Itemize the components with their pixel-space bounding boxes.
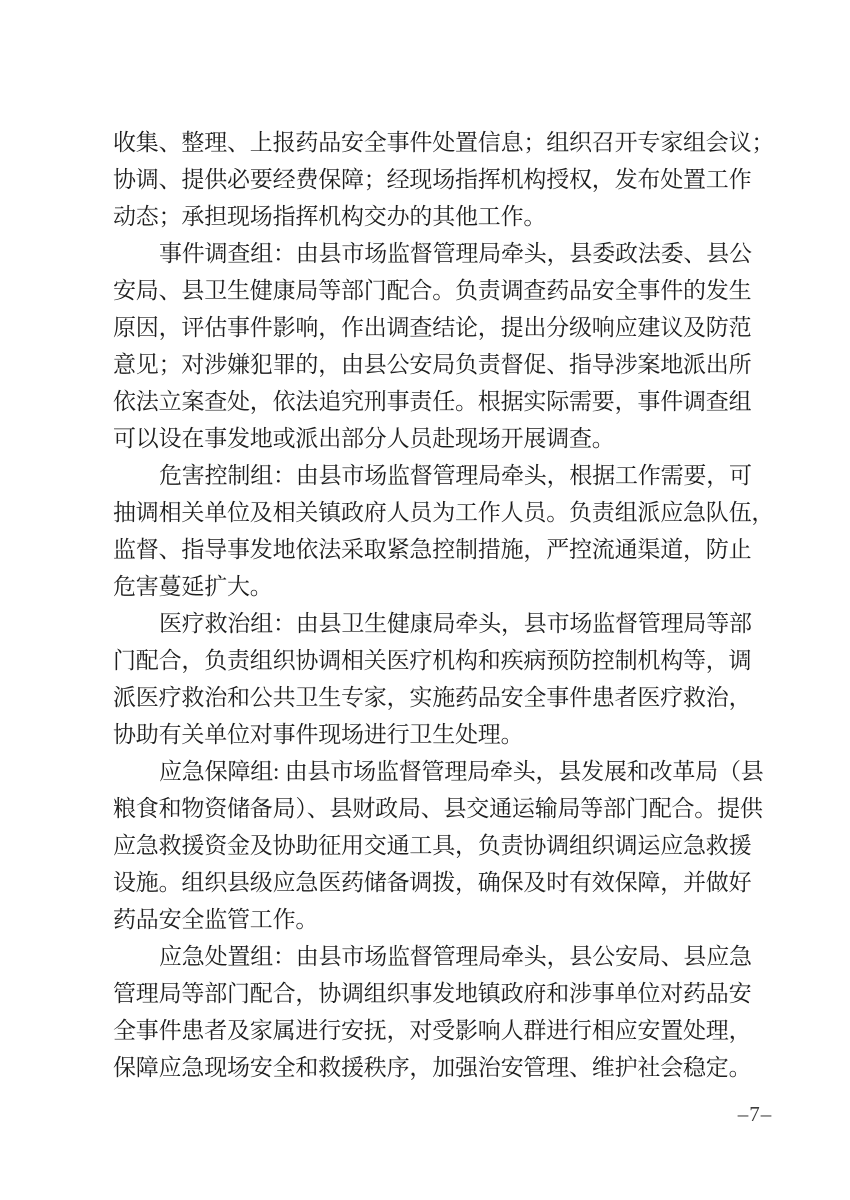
document-line: 应急处置组：由县市场监督管理局牵头，县公安局、县应急 [113,938,765,975]
document-line: 监督、指导事发地依法采取紧急控制措施，严控流通渠道，防止 [113,531,765,568]
document-line: 依法立案查处，依法追究刑事责任。根据实际需要，事件调查组 [113,383,765,420]
document-line: 应急救援资金及协助征用交通工具，负责协调组织调运应急救援 [113,827,765,864]
document-line: 危害蔓延扩大。 [113,568,765,605]
document-line: 安局、县卫生健康局等部门配合。负责调查药品安全事件的发生 [113,272,765,309]
document-line: 门配合，负责组织协调相关医疗机构和疾病预防控制机构等，调 [113,642,765,679]
document-line: 管理局等部门配合，协调组织事发地镇政府和涉事单位对药品安 [113,975,765,1012]
document-page: 收集、整理、上报药品安全事件处置信息；组织召开专家组会议；协调、提供必要经费保障… [0,0,850,1200]
document-body: 收集、整理、上报药品安全事件处置信息；组织召开专家组会议；协调、提供必要经费保障… [113,124,765,1086]
document-line: 保障应急现场安全和救援秩序，加强治安管理、维护社会稳定。 [113,1049,765,1086]
document-line: 意见；对涉嫌犯罪的，由县公安局负责督促、指导涉案地派出所 [113,346,765,383]
document-line: 全事件患者及家属进行安抚，对受影响人群进行相应安置处理， [113,1012,765,1049]
document-line: 药品安全监管工作。 [113,901,765,938]
document-line: 应急保障组: 由县市场监督管理局牵头，县发展和改革局（县 [113,753,765,790]
document-line: 协助有关单位对事件现场进行卫生处理。 [113,716,765,753]
document-line: 抽调相关单位及相关镇政府人员为工作人员。负责组派应急队伍， [113,494,765,531]
document-line: 动态；承担现场指挥机构交办的其他工作。 [113,198,765,235]
document-line: 设施。组织县级应急医药储备调拨，确保及时有效保障，并做好 [113,864,765,901]
document-line: 可以设在事发地或派出部分人员赴现场开展调查。 [113,420,765,457]
document-line: 派医疗救治和公共卫生专家，实施药品安全事件患者医疗救治， [113,679,765,716]
document-line: 协调、提供必要经费保障；经现场指挥机构授权，发布处置工作 [113,161,765,198]
document-line: 收集、整理、上报药品安全事件处置信息；组织召开专家组会议； [113,124,765,161]
document-line: 原因，评估事件影响，作出调查结论，提出分级响应建议及防范 [113,309,765,346]
document-line: 医疗救治组：由县卫生健康局牵头，县市场监督管理局等部 [113,605,765,642]
document-line: 粮食和物资储备局）、县财政局、县交通运输局等部门配合。提供 [113,790,765,827]
document-line: 危害控制组：由县市场监督管理局牵头，根据工作需要，可 [113,457,765,494]
document-line: 事件调查组：由县市场监督管理局牵头，县委政法委、县公 [113,235,765,272]
page-number: –7– [730,1102,780,1126]
